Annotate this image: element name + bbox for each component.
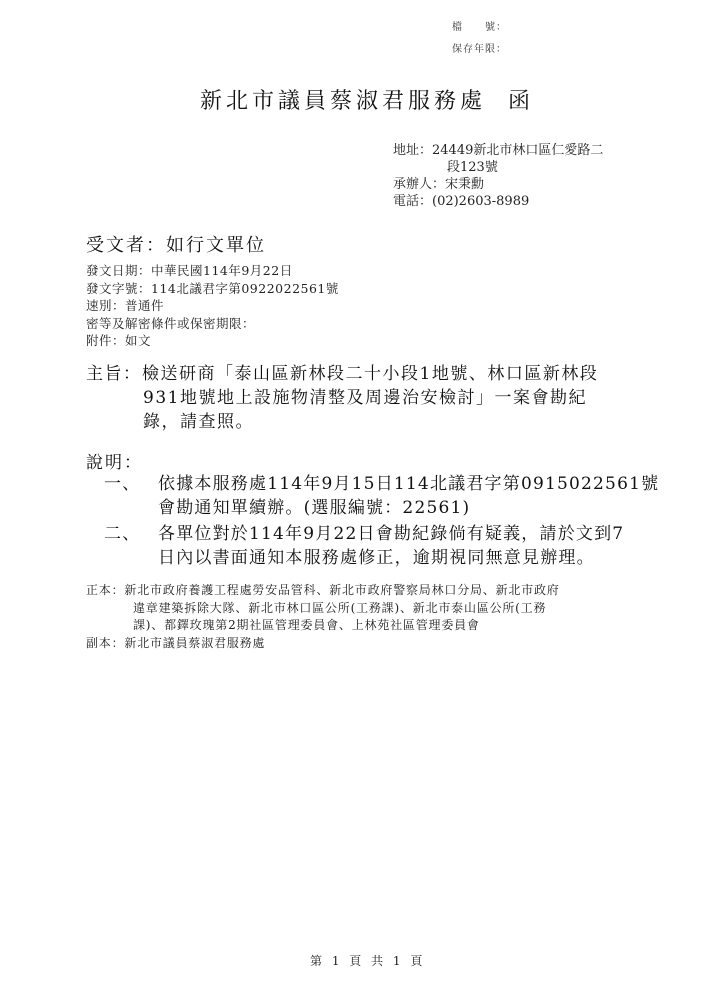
document-title: 新北市議員蔡淑君服務處函 bbox=[200, 84, 534, 115]
original-recipients-line: 違章建築拆除大隊、新北市林口區公所(工務課)、新北市泰山區公所(工務 bbox=[86, 600, 560, 618]
subject-label: 主旨： bbox=[86, 362, 142, 386]
attachment: 附件：如文 bbox=[86, 332, 339, 350]
recipient: 受文者：如行文單位 bbox=[86, 231, 266, 257]
original-recipients-label: 正本： bbox=[86, 583, 124, 597]
address-line-1: 地址：24449新北市林口區仁愛路二 bbox=[393, 142, 603, 159]
item-number: 二、 bbox=[104, 522, 158, 546]
explanation-item-1: 一、依據本服務處114年9月15日114北議君字第0915022561號 會勘通… bbox=[104, 472, 659, 520]
handler: 承辦人：宋秉勳 bbox=[393, 176, 603, 193]
subject-line-3: 錄，請查照。 bbox=[86, 410, 598, 434]
item-line: 日內以書面通知本服務處修正，逾期視同無意見辦理。 bbox=[104, 546, 659, 570]
item-line: 會勘通知單續辦。(選服編號：22561) bbox=[104, 496, 659, 520]
explanation-label: 說明： bbox=[86, 448, 143, 473]
original-recipients-line: 課)、都鐸玫瑰第2期社區管理委員會、上林苑社區管理委員會 bbox=[86, 617, 560, 635]
subject-section: 主旨：檢送研商「泰山區新林段二十小段1地號、林口區新林段 931地號地上設施物清… bbox=[86, 362, 598, 434]
item-line: 各單位對於114年9月22日會勘紀錄倘有疑義，請於文到7 bbox=[158, 524, 624, 544]
issuing-office: 新北市議員蔡淑君服務處 bbox=[200, 89, 486, 114]
subject-line-1: 檢送研商「泰山區新林段二十小段1地號、林口區新林段 bbox=[142, 364, 598, 384]
document-type: 函 bbox=[508, 89, 534, 114]
phone: 電話：(02)2603-8989 bbox=[393, 193, 603, 210]
original-recipients-line: 新北市政府養護工程處勞安品管科、新北市政府警察局林口分局、新北市政府 bbox=[124, 583, 559, 597]
delivery-speed: 速別：普通件 bbox=[86, 297, 339, 315]
explanation-list: 一、依據本服務處114年9月15日114北議君字第0915022561號 會勘通… bbox=[104, 472, 659, 572]
issue-date: 發文日期：中華民國114年9月22日 bbox=[86, 262, 339, 280]
distribution-section: 正本：新北市政府養護工程處勞安品管科、新北市政府警察局林口分局、新北市政府 違章… bbox=[86, 582, 560, 652]
file-number-label: 檔 號： bbox=[452, 18, 507, 33]
page-indicator: 第 1 頁 共 1 頁 bbox=[310, 952, 425, 969]
contact-block: 地址：24449新北市林口區仁愛路二 段123號 承辦人：宋秉勳 電話：(02)… bbox=[393, 142, 603, 210]
address-line-2: 段123號 bbox=[393, 159, 603, 176]
copy-recipients-label: 副本： bbox=[86, 636, 124, 650]
issue-info: 發文日期：中華民國114年9月22日 發文字號：114北議君字第09220225… bbox=[86, 262, 339, 350]
copy-recipients: 新北市議員蔡淑君服務處 bbox=[124, 636, 265, 650]
item-line: 依據本服務處114年9月15日114北議君字第0915022561號 bbox=[158, 474, 659, 494]
security-level: 密等及解密條件或保密期限： bbox=[86, 315, 339, 333]
issue-number: 發文字號：114北議君字第0922022561號 bbox=[86, 280, 339, 298]
retention-period-label: 保存年限： bbox=[452, 40, 507, 55]
explanation-item-2: 二、各單位對於114年9月22日會勘紀錄倘有疑義，請於文到7 日內以書面通知本服… bbox=[104, 522, 659, 570]
item-number: 一、 bbox=[104, 472, 158, 496]
subject-line-2: 931地號地上設施物清整及周邊治安檢討」一案會勘紀 bbox=[86, 386, 598, 410]
